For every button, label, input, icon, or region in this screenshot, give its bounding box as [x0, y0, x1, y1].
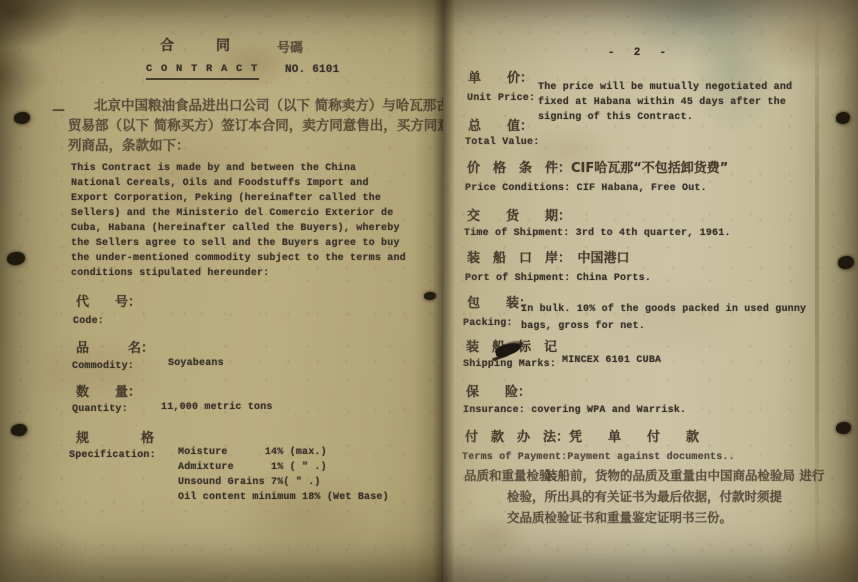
field-specification-values: Moisture 14% (max.) Admixture 1% ( " .) …	[178, 445, 389, 505]
unit-price-text: The price will be mutually negotiated an…	[538, 80, 792, 125]
insurance-label-cn: 保 险：	[466, 384, 531, 401]
page-number: - 2 -	[583, 46, 693, 61]
field-quantity-label-en: Quantity:	[72, 402, 128, 417]
shipping-marks-value: MINCEX 6101 CUBA	[562, 353, 661, 368]
unit-price-label-cn: 单 价：	[468, 70, 533, 87]
price-conditions-label-cn: 价 格 条 件：CIF哈瓦那“不包括卸货费”	[467, 160, 728, 177]
price-conditions-line-en: Price Conditions: CIF Habana, Free Out.	[465, 181, 707, 196]
terms-of-payment-line-en: Terms of Payment:Payment against documen…	[462, 450, 735, 465]
terms-of-payment-label-cn: 付 款 办 法：凭 单 付 款	[465, 429, 699, 446]
inspection-line-3: 交品质检验证书和重量鉴定证明书三份。	[507, 509, 732, 526]
port-of-shipment-label-cn: 装 船 口 岸： 中国港口	[467, 250, 630, 267]
contract-page-2: - 2 - 单 价： Unit Price: The price will be…	[443, 0, 858, 582]
contract-title-en: C O N T R A C T	[146, 62, 259, 80]
scanned-contract-photo: 合 同 号碼 C O N T R A C T NO. 6101 — 北京中国粮油…	[0, 0, 858, 582]
total-value-label-en: Total Value:	[465, 135, 539, 150]
field-code-label-en: Code:	[73, 314, 104, 329]
packing-label-en: Packing:	[463, 316, 513, 331]
intro-paragraph-cn: 北京中国粮油食品进出口公司（以下 简称卖方）与哈瓦那古巴对外 贸易部（以下 简称…	[68, 96, 432, 156]
total-value-label-cn: 总 值：	[468, 118, 533, 135]
intro-lead-dash: —	[52, 102, 65, 119]
contract-title-cn: 合 同	[160, 38, 230, 55]
field-specification-label-en: Specification:	[69, 448, 156, 463]
shipping-marks-label-en: Shipping Marks:	[463, 357, 556, 372]
field-commodity-value: Soyabeans	[168, 356, 224, 371]
unit-price-label-en: Unit Price:	[467, 91, 535, 106]
inspection-line-1: 装船前，货物的品质及重量由中国商品检验局 进行	[545, 467, 824, 484]
intro-paragraph-en: This Contract is made by and between the…	[71, 161, 406, 281]
field-quantity-value: 11,000 metric tons	[161, 400, 273, 415]
packing-text: In bulk. 10% of the goods packed in used…	[521, 301, 806, 335]
contract-number: NO. 6101	[285, 63, 339, 78]
field-code-label-cn: 代 号：	[76, 294, 141, 311]
time-of-shipment-line-en: Time of Shipment: 3rd to 4th quarter, 19…	[464, 226, 731, 241]
field-specification-label-cn: 规 格	[76, 430, 154, 447]
port-of-shipment-line-en: Port of Shipment: China Ports.	[465, 271, 651, 286]
paper-crease	[815, 0, 819, 582]
insurance-line-en: Insurance: covering WPA and Warrisk.	[463, 403, 686, 418]
field-quantity-label-cn: 数 量：	[76, 384, 141, 401]
contract-page-1: 合 同 号碼 C O N T R A C T NO. 6101 — 北京中国粮油…	[0, 0, 443, 582]
inspection-line-2: 检验，所出具的有关证书为最后依据，付款时须提	[507, 488, 782, 505]
field-commodity-label-en: Commodity:	[72, 359, 134, 374]
time-of-shipment-label-cn: 交 货 期：	[467, 208, 571, 225]
field-commodity-label-cn: 品 名：	[76, 340, 154, 357]
contract-number-label-cn: 号碼	[277, 40, 303, 57]
